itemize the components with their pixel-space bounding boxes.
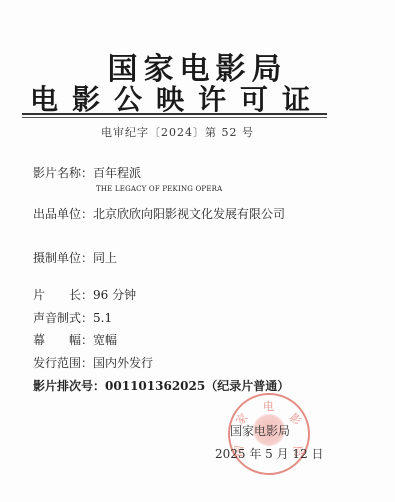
title-rule-thin (22, 117, 327, 118)
film-name-label: 影片名称： (33, 164, 93, 181)
issuer-name: 国家电影局 (230, 422, 290, 439)
distribution-scope-row: 发行范围：国内外发行 (33, 354, 153, 371)
screen-format-label: 幕 幅： (33, 331, 93, 348)
issue-date: 2025 年 5 月 12 日 (215, 445, 324, 462)
producer-value: 北京欣欣向阳影视文化发展有限公司 (93, 207, 285, 221)
title-rule-thick (22, 113, 327, 115)
producer-row: 出品单位：北京欣欣向阳影视文化发展有限公司 (33, 205, 285, 222)
length-row: 片 长：96 分钟 (33, 286, 136, 303)
production-unit-row: 摄制单位：同上 (33, 249, 117, 266)
sound-format-row: 声音制式：5.1 (33, 309, 112, 326)
serial-number-row: 影片排次号：001101362025（纪录片普通） (33, 377, 289, 394)
certificate-title: 电影公映许可证 (22, 78, 332, 118)
film-name-row: 影片名称：百年程派 (33, 164, 141, 181)
film-name-value: 百年程派 (93, 166, 141, 180)
sound-format-label: 声音制式： (33, 309, 93, 326)
serial-number-label: 影片排次号： (33, 377, 105, 394)
length-label: 片 长： (33, 286, 93, 303)
distribution-scope-label: 发行范围： (33, 354, 93, 371)
distribution-scope-value: 国内外发行 (93, 356, 153, 370)
screen-format-row: 幕 幅：宽幅 (33, 331, 117, 348)
seal-char: 电 (263, 398, 274, 414)
document-number: 电审纪字〔2024〕第 52 号 (0, 124, 355, 140)
screen-format-value: 宽幅 (93, 333, 117, 347)
length-value: 96 分钟 (93, 288, 136, 302)
serial-number-value: 001101362025（纪录片普通） (105, 379, 289, 393)
film-english-title: THE LEGACY OF PEKING OPERA (96, 185, 222, 193)
producer-label: 出品单位： (33, 205, 93, 222)
production-unit-value: 同上 (93, 251, 117, 265)
production-unit-label: 摄制单位： (33, 249, 93, 266)
sound-format-value: 5.1 (93, 311, 112, 325)
